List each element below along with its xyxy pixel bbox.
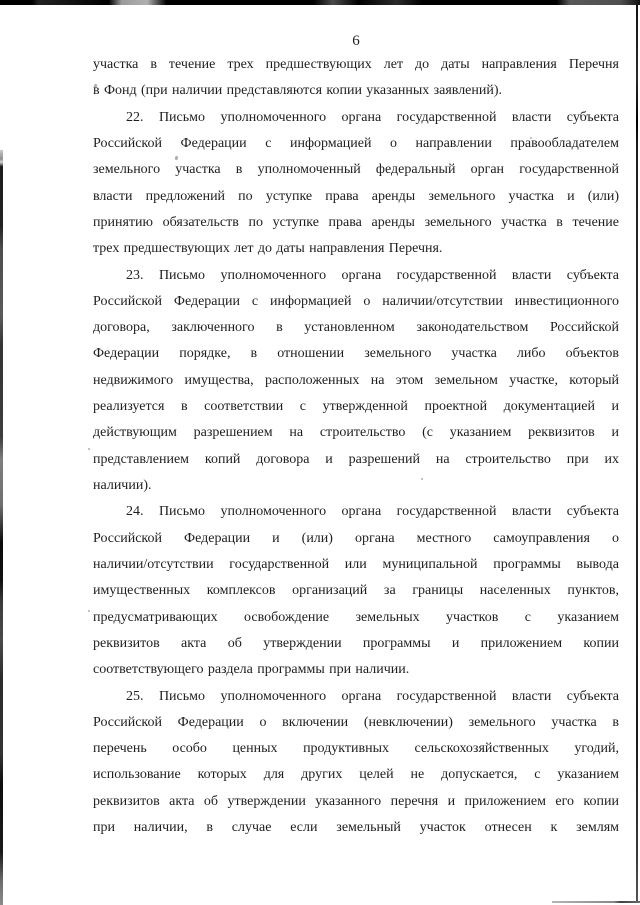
text-line: использование которых для других целей н… <box>93 762 619 788</box>
text-line: имущественных комплексов организаций за … <box>93 578 619 604</box>
text-line: недвижимого имущества, расположенных на … <box>93 368 619 394</box>
text-line: при наличии, в случае если земельный уча… <box>93 815 619 841</box>
scan-speck <box>530 137 532 139</box>
text-line: Российской Федерации с информацией о нал… <box>93 289 619 315</box>
text-line: 23. Письмо уполномоченного органа госуда… <box>93 263 619 289</box>
text-line: 24. Письмо уполномоченного органа госуда… <box>93 499 619 525</box>
scan-artifact-top-bar <box>0 0 640 5</box>
text-line: наличии/отсутствии государственной или м… <box>93 552 619 578</box>
scan-artifact-right-edge-line <box>636 5 638 902</box>
text-line: соответствующего раздела программы при н… <box>93 657 619 683</box>
text-line: Российской Федерации и (или) органа мест… <box>93 526 619 552</box>
text-line: действующим разрешением на строительство… <box>93 420 619 446</box>
text-line: Российской Федерации о включении (невклю… <box>93 710 619 736</box>
scan-artifact-left-edge-strip <box>0 150 3 905</box>
text-line: в Фонд (при наличии представляются копии… <box>93 78 619 104</box>
document-page: 6 участка в течение трех предшествующих … <box>0 0 640 905</box>
text-line: представлением копий договора и разрешен… <box>93 447 619 473</box>
text-line: договора, заключенного в установленном з… <box>93 315 619 341</box>
text-line: 22. Письмо уполномоченного органа госуда… <box>93 105 619 131</box>
text-line: земельного участка в уполномоченный феде… <box>93 157 619 183</box>
text-line: наличии). <box>93 473 619 499</box>
text-line: участка в течение трех предшествующих ле… <box>93 52 619 78</box>
text-line: реквизитов акта об утверждении программы… <box>93 631 619 657</box>
text-line: власти предложений по уступке права арен… <box>93 184 619 210</box>
text-line: Российской Федерации с информацией о нап… <box>93 131 619 157</box>
text-line: перечень особо ценных продуктивных сельс… <box>93 736 619 762</box>
text-line: принятию обязательств по уступке права а… <box>93 210 619 236</box>
scan-speck <box>88 448 90 450</box>
text-line: Федерации порядке, в отношении земельног… <box>93 341 619 367</box>
document-text: участка в течение трех предшествующих ле… <box>93 52 619 841</box>
text-line: реквизитов акта об утверждении указанног… <box>93 789 619 815</box>
text-line: реализуется в соответствии с утвержденно… <box>93 394 619 420</box>
page-number: 6 <box>93 33 619 50</box>
scan-speck <box>421 478 423 480</box>
text-line: 25. Письмо уполномоченного органа госуда… <box>93 684 619 710</box>
text-line: предусматривающих освобождение земельных… <box>93 605 619 631</box>
text-line: трех предшествующих лет до даты направле… <box>93 236 619 262</box>
scan-speck <box>88 610 90 612</box>
scan-artifact-bottom-right-line <box>552 901 640 903</box>
